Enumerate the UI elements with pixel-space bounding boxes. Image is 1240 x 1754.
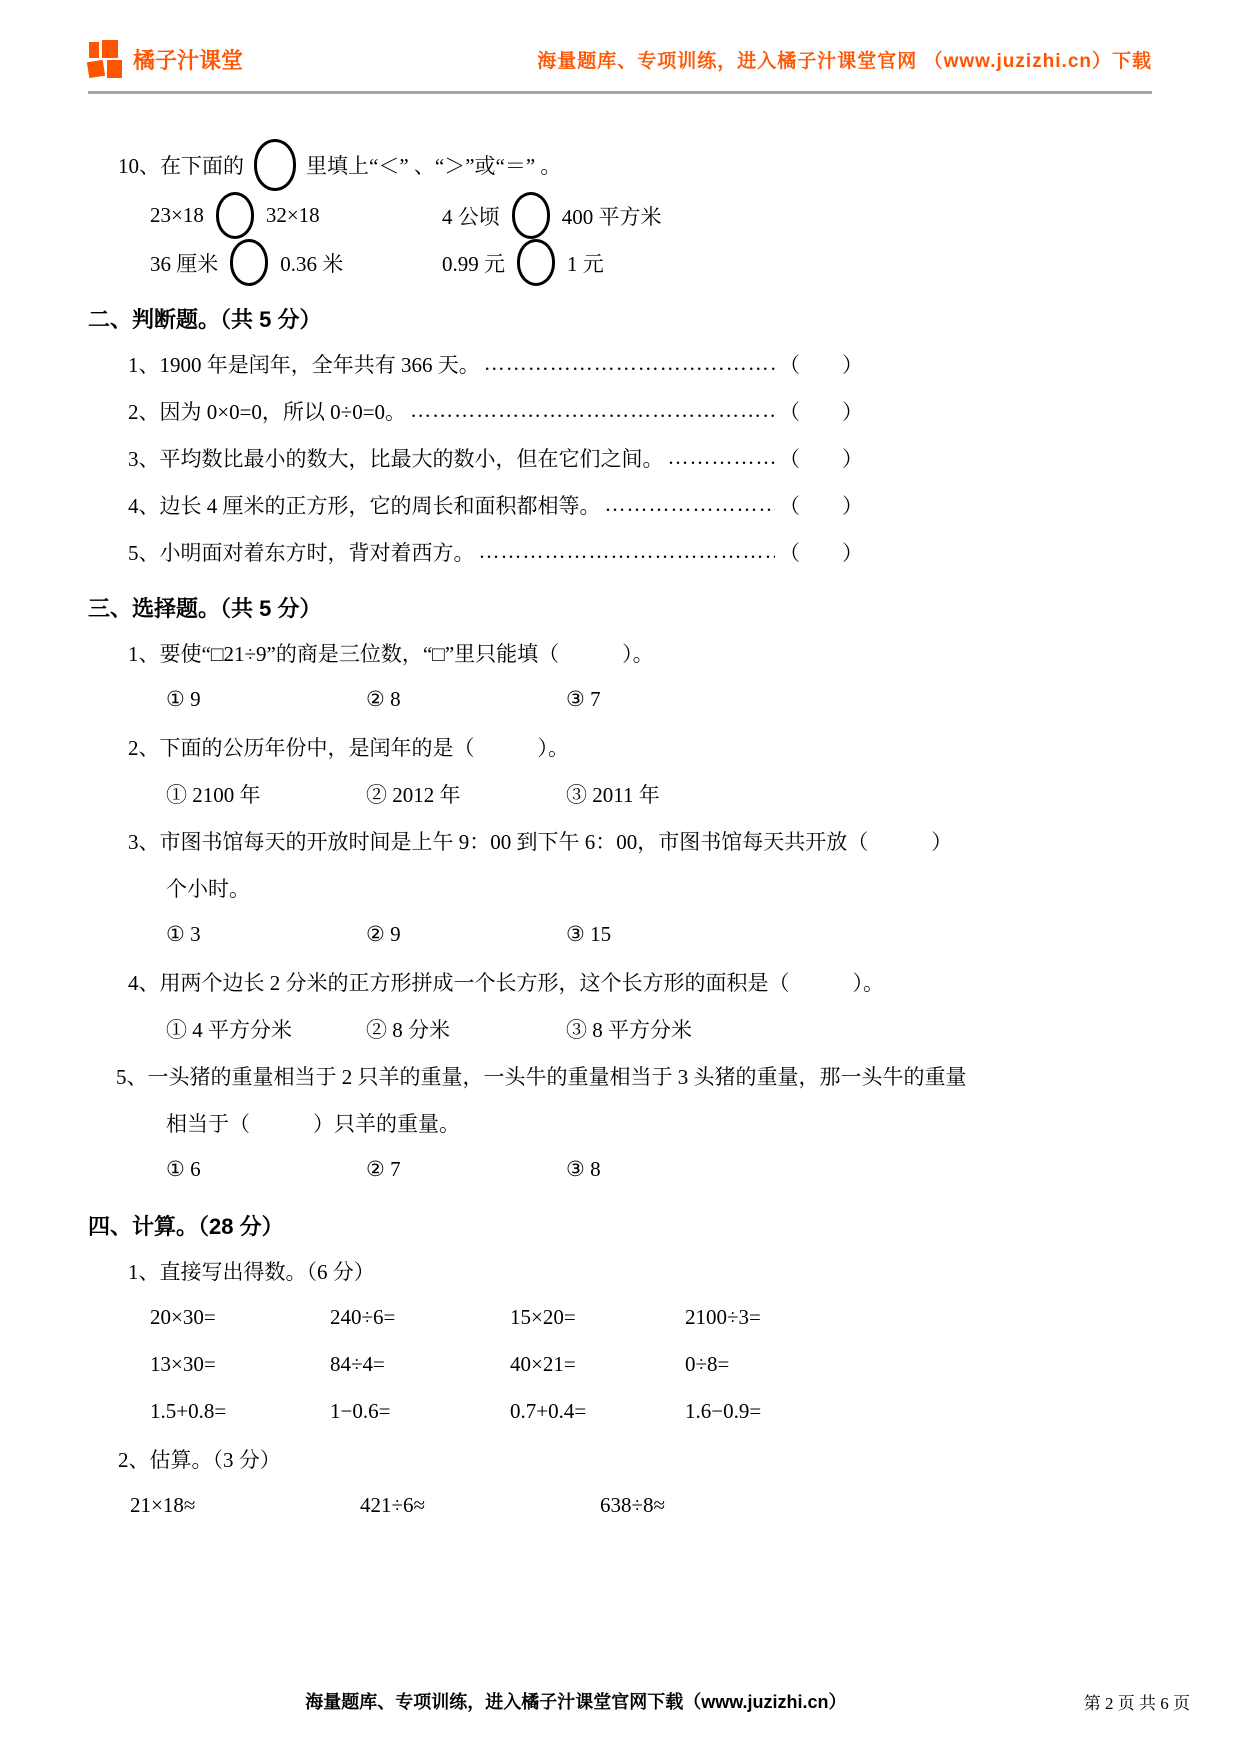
- choice-stem: 4、用两个边长 2 分米的正方形拼成一个长方形，这个长方形的面积是（ ）。: [128, 958, 1152, 1005]
- compare-circle-icon: [216, 192, 254, 239]
- expression-right: 0.36 米: [280, 248, 343, 278]
- choice-options: ① 9 ② 8 ③ 7: [166, 676, 1152, 723]
- judge-item: 5、小明面对着东方时，背对着西方。 ……………………………………………………………: [128, 528, 863, 575]
- answer-paren: （ ）: [779, 349, 863, 379]
- question-10-stem: 10、在下面的 里填上“＜” 、“＞”或“＝” 。: [118, 138, 1152, 192]
- choice-question-1: 1、要使“□21÷9”的商是三位数，“□”里只能填（ ）。 ① 9 ② 8 ③ …: [128, 629, 1152, 723]
- choice-question-3: 3、市图书馆每天的开放时间是上午 9：00 到下午 6：00，市图书馆每天共开放…: [128, 817, 1152, 958]
- calc-expression: 1.6−0.9=: [685, 1388, 761, 1435]
- judge-text: 3、平均数比最小的数大，比最大的数小，但在它们之间。: [128, 443, 664, 473]
- calc-expression: 240÷6=: [330, 1294, 510, 1341]
- option-1: ① 6: [166, 1146, 366, 1193]
- option-3: ③ 15: [566, 911, 766, 958]
- footer-promo-text: 海量题库、专项训练，进入橘子汁课堂官网下载（www.juzizhi.cn）: [88, 1688, 1064, 1714]
- compare-circle-icon: [254, 139, 296, 191]
- choice-stem-line2: 相当于（ ）只羊的重量。: [166, 1099, 1152, 1146]
- answer-paren: （ ）: [779, 396, 863, 426]
- answer-paren: （ ）: [779, 490, 863, 520]
- option-2: ② 2012 年: [366, 770, 566, 817]
- choice-stem: 2、下面的公历年份中，是闰年的是（ ）。: [128, 723, 1152, 770]
- compare-pair: 23×18 32×18: [150, 192, 442, 239]
- section-choice-title: 三、选择题。（共 5 分）: [88, 585, 1152, 629]
- expression-left: 0.99 元: [442, 248, 505, 278]
- compare-pair: 4 公顷 400 平方米: [442, 192, 662, 239]
- answer-paren: （ ）: [779, 443, 863, 473]
- option-2: ② 9: [366, 911, 566, 958]
- choice-question-2: 2、下面的公历年份中，是闰年的是（ ）。 ① 2100 年 ② 2012 年 ③…: [128, 723, 1152, 817]
- expression-left: 23×18: [150, 203, 204, 228]
- estimate-expression: 21×18≈: [130, 1482, 360, 1529]
- calc-expression: 1.5+0.8=: [150, 1388, 330, 1435]
- choice-stem: 5、一头猪的重量相当于 2 只羊的重量，一头牛的重量相当于 3 头猪的重量，那一…: [116, 1052, 1152, 1099]
- calc-expression: 40×21=: [510, 1341, 685, 1388]
- judge-item: 1、1900 年是闰年，全年共有 366 天。 ……………………………………………: [128, 340, 863, 387]
- compare-circle-icon: [230, 239, 268, 286]
- worksheet-page: 橘子汁课堂 海量题库、专项训练，进入橘子汁课堂官网 （www.juzizhi.c…: [0, 0, 1240, 1529]
- option-2: ② 7: [366, 1146, 566, 1193]
- compare-row: 36 厘米 0.36 米 0.99 元 1 元: [150, 239, 1152, 286]
- expression-left: 4 公顷: [442, 201, 500, 231]
- calc-expression: 1−0.6=: [330, 1388, 510, 1435]
- estimate-expression: 638÷8≈: [600, 1482, 665, 1529]
- dotted-leader: ………………………………………………………………………………: [479, 539, 776, 564]
- answer-paren: （ ）: [779, 537, 863, 567]
- choice-options: ① 4 平方分米 ② 8 分米 ③ 8 平方分米: [166, 1005, 1152, 1052]
- page-footer: 海量题库、专项训练，进入橘子汁课堂官网下载（www.juzizhi.cn） 第 …: [88, 1688, 1190, 1714]
- choice-question-5: 5、一头猪的重量相当于 2 只羊的重量，一头牛的重量相当于 3 头猪的重量，那一…: [116, 1052, 1152, 1193]
- expression-left: 36 厘米: [150, 248, 218, 278]
- judge-item: 3、平均数比最小的数大，比最大的数小，但在它们之间。 ……………………………………: [128, 434, 863, 481]
- judge-text: 4、边长 4 厘米的正方形，它的周长和面积都相等。: [128, 490, 601, 520]
- option-1: ① 2100 年: [166, 770, 366, 817]
- compare-circle-icon: [512, 192, 550, 239]
- judge-text: 1、1900 年是闰年，全年共有 366 天。: [128, 349, 480, 379]
- brand-name: 橘子汁课堂: [133, 44, 243, 75]
- calc-expression: 0÷8=: [685, 1341, 729, 1388]
- dotted-leader: ………………………………………………………………………………: [410, 398, 775, 423]
- choice-question-4: 4、用两个边长 2 分米的正方形拼成一个长方形，这个长方形的面积是（ ）。 ① …: [128, 958, 1152, 1052]
- question-10-rows: 23×18 32×18 4 公顷 400 平方米 36 厘米 0.36 米 0: [150, 192, 1152, 286]
- choice-options: ① 2100 年 ② 2012 年 ③ 2011 年: [166, 770, 1152, 817]
- option-3: ③ 7: [566, 676, 766, 723]
- calc-expression: 20×30=: [150, 1294, 330, 1341]
- juzizhi-squares-icon: [88, 39, 126, 79]
- calc-expression: 2100÷3=: [685, 1294, 761, 1341]
- dotted-leader: ………………………………………………………………………………: [605, 492, 776, 517]
- judge-list: 1、1900 年是闰年，全年共有 366 天。 ……………………………………………: [128, 340, 863, 575]
- section-calc-title: 四、计算。（28 分）: [88, 1203, 1152, 1247]
- question-10-prefix: 10、在下面的: [118, 150, 244, 180]
- header-promo-text: 海量题库、专项训练，进入橘子汁课堂官网 （www.juzizhi.cn）下载: [537, 46, 1152, 73]
- estimate-expression: 421÷6≈: [360, 1482, 600, 1529]
- section-judge-title: 二、判断题。（共 5 分）: [88, 296, 1152, 340]
- calc-expression: 0.7+0.4=: [510, 1388, 685, 1435]
- dotted-leader: ………………………………………………………………………………: [668, 445, 776, 470]
- choice-stem: 3、市图书馆每天的开放时间是上午 9：00 到下午 6：00，市图书馆每天共开放…: [128, 817, 1152, 864]
- brand-logo: 橘子汁课堂: [88, 39, 243, 79]
- compare-circle-icon: [517, 239, 555, 286]
- compare-pair: 0.99 元 1 元: [442, 239, 604, 286]
- dotted-leader: ………………………………………………………………………………: [484, 351, 775, 376]
- judge-item: 2、因为 0×0=0，所以 0÷0=0。 ……………………………………………………: [128, 387, 863, 434]
- page-header: 橘子汁课堂 海量题库、专项训练，进入橘子汁课堂官网 （www.juzizhi.c…: [88, 36, 1152, 82]
- question-10: 10、在下面的 里填上“＜” 、“＞”或“＝” 。 23×18 32×18 4 …: [118, 138, 1152, 286]
- estimate-row: 21×18≈ 421÷6≈ 638÷8≈: [130, 1482, 1152, 1529]
- choice-options: ① 6 ② 7 ③ 8: [166, 1146, 1152, 1193]
- option-1: ① 3: [166, 911, 366, 958]
- option-1: ① 4 平方分米: [166, 1005, 366, 1052]
- expression-right: 1 元: [567, 248, 604, 278]
- expression-right: 32×18: [266, 203, 320, 228]
- option-3: ③ 2011 年: [566, 770, 766, 817]
- option-2: ② 8 分米: [366, 1005, 566, 1052]
- header-divider: [88, 91, 1152, 94]
- option-3: ③ 8 平方分米: [566, 1005, 766, 1052]
- expression-right: 400 平方米: [562, 201, 662, 231]
- judge-text: 5、小明面对着东方时，背对着西方。: [128, 537, 475, 567]
- judge-item: 4、边长 4 厘米的正方形，它的周长和面积都相等。 ………………………………………: [128, 481, 863, 528]
- calc-expression: 84÷4=: [330, 1341, 510, 1388]
- calc-expression: 15×20=: [510, 1294, 685, 1341]
- calc-direct-block: 1、直接写出得数。（6 分） 20×30= 240÷6= 15×20= 2100…: [128, 1247, 1152, 1435]
- calc-row: 20×30= 240÷6= 15×20= 2100÷3=: [150, 1294, 1152, 1341]
- calc-expression: 13×30=: [150, 1341, 330, 1388]
- calc-row: 13×30= 84÷4= 40×21= 0÷8=: [150, 1341, 1152, 1388]
- question-10-suffix: 里填上“＜” 、“＞”或“＝” 。: [306, 150, 561, 180]
- calc-direct-title: 1、直接写出得数。（6 分）: [128, 1247, 1152, 1294]
- choice-stem-line2: 个小时。: [166, 864, 1152, 911]
- calc-row: 1.5+0.8= 1−0.6= 0.7+0.4= 1.6−0.9=: [150, 1388, 1152, 1435]
- judge-text: 2、因为 0×0=0，所以 0÷0=0。: [128, 396, 406, 426]
- compare-row: 23×18 32×18 4 公顷 400 平方米: [150, 192, 1152, 239]
- option-2: ② 8: [366, 676, 566, 723]
- calc-estimate-title: 2、估算。（3 分）: [118, 1435, 1152, 1482]
- choice-options: ① 3 ② 9 ③ 15: [166, 911, 1152, 958]
- option-1: ① 9: [166, 676, 366, 723]
- choice-stem: 1、要使“□21÷9”的商是三位数，“□”里只能填（ ）。: [128, 629, 1152, 676]
- calc-estimate-block: 2、估算。（3 分） 21×18≈ 421÷6≈ 638÷8≈: [118, 1435, 1152, 1529]
- option-3: ③ 8: [566, 1146, 766, 1193]
- compare-pair: 36 厘米 0.36 米: [150, 239, 442, 286]
- page-number: 第 2 页 共 6 页: [1084, 1689, 1190, 1714]
